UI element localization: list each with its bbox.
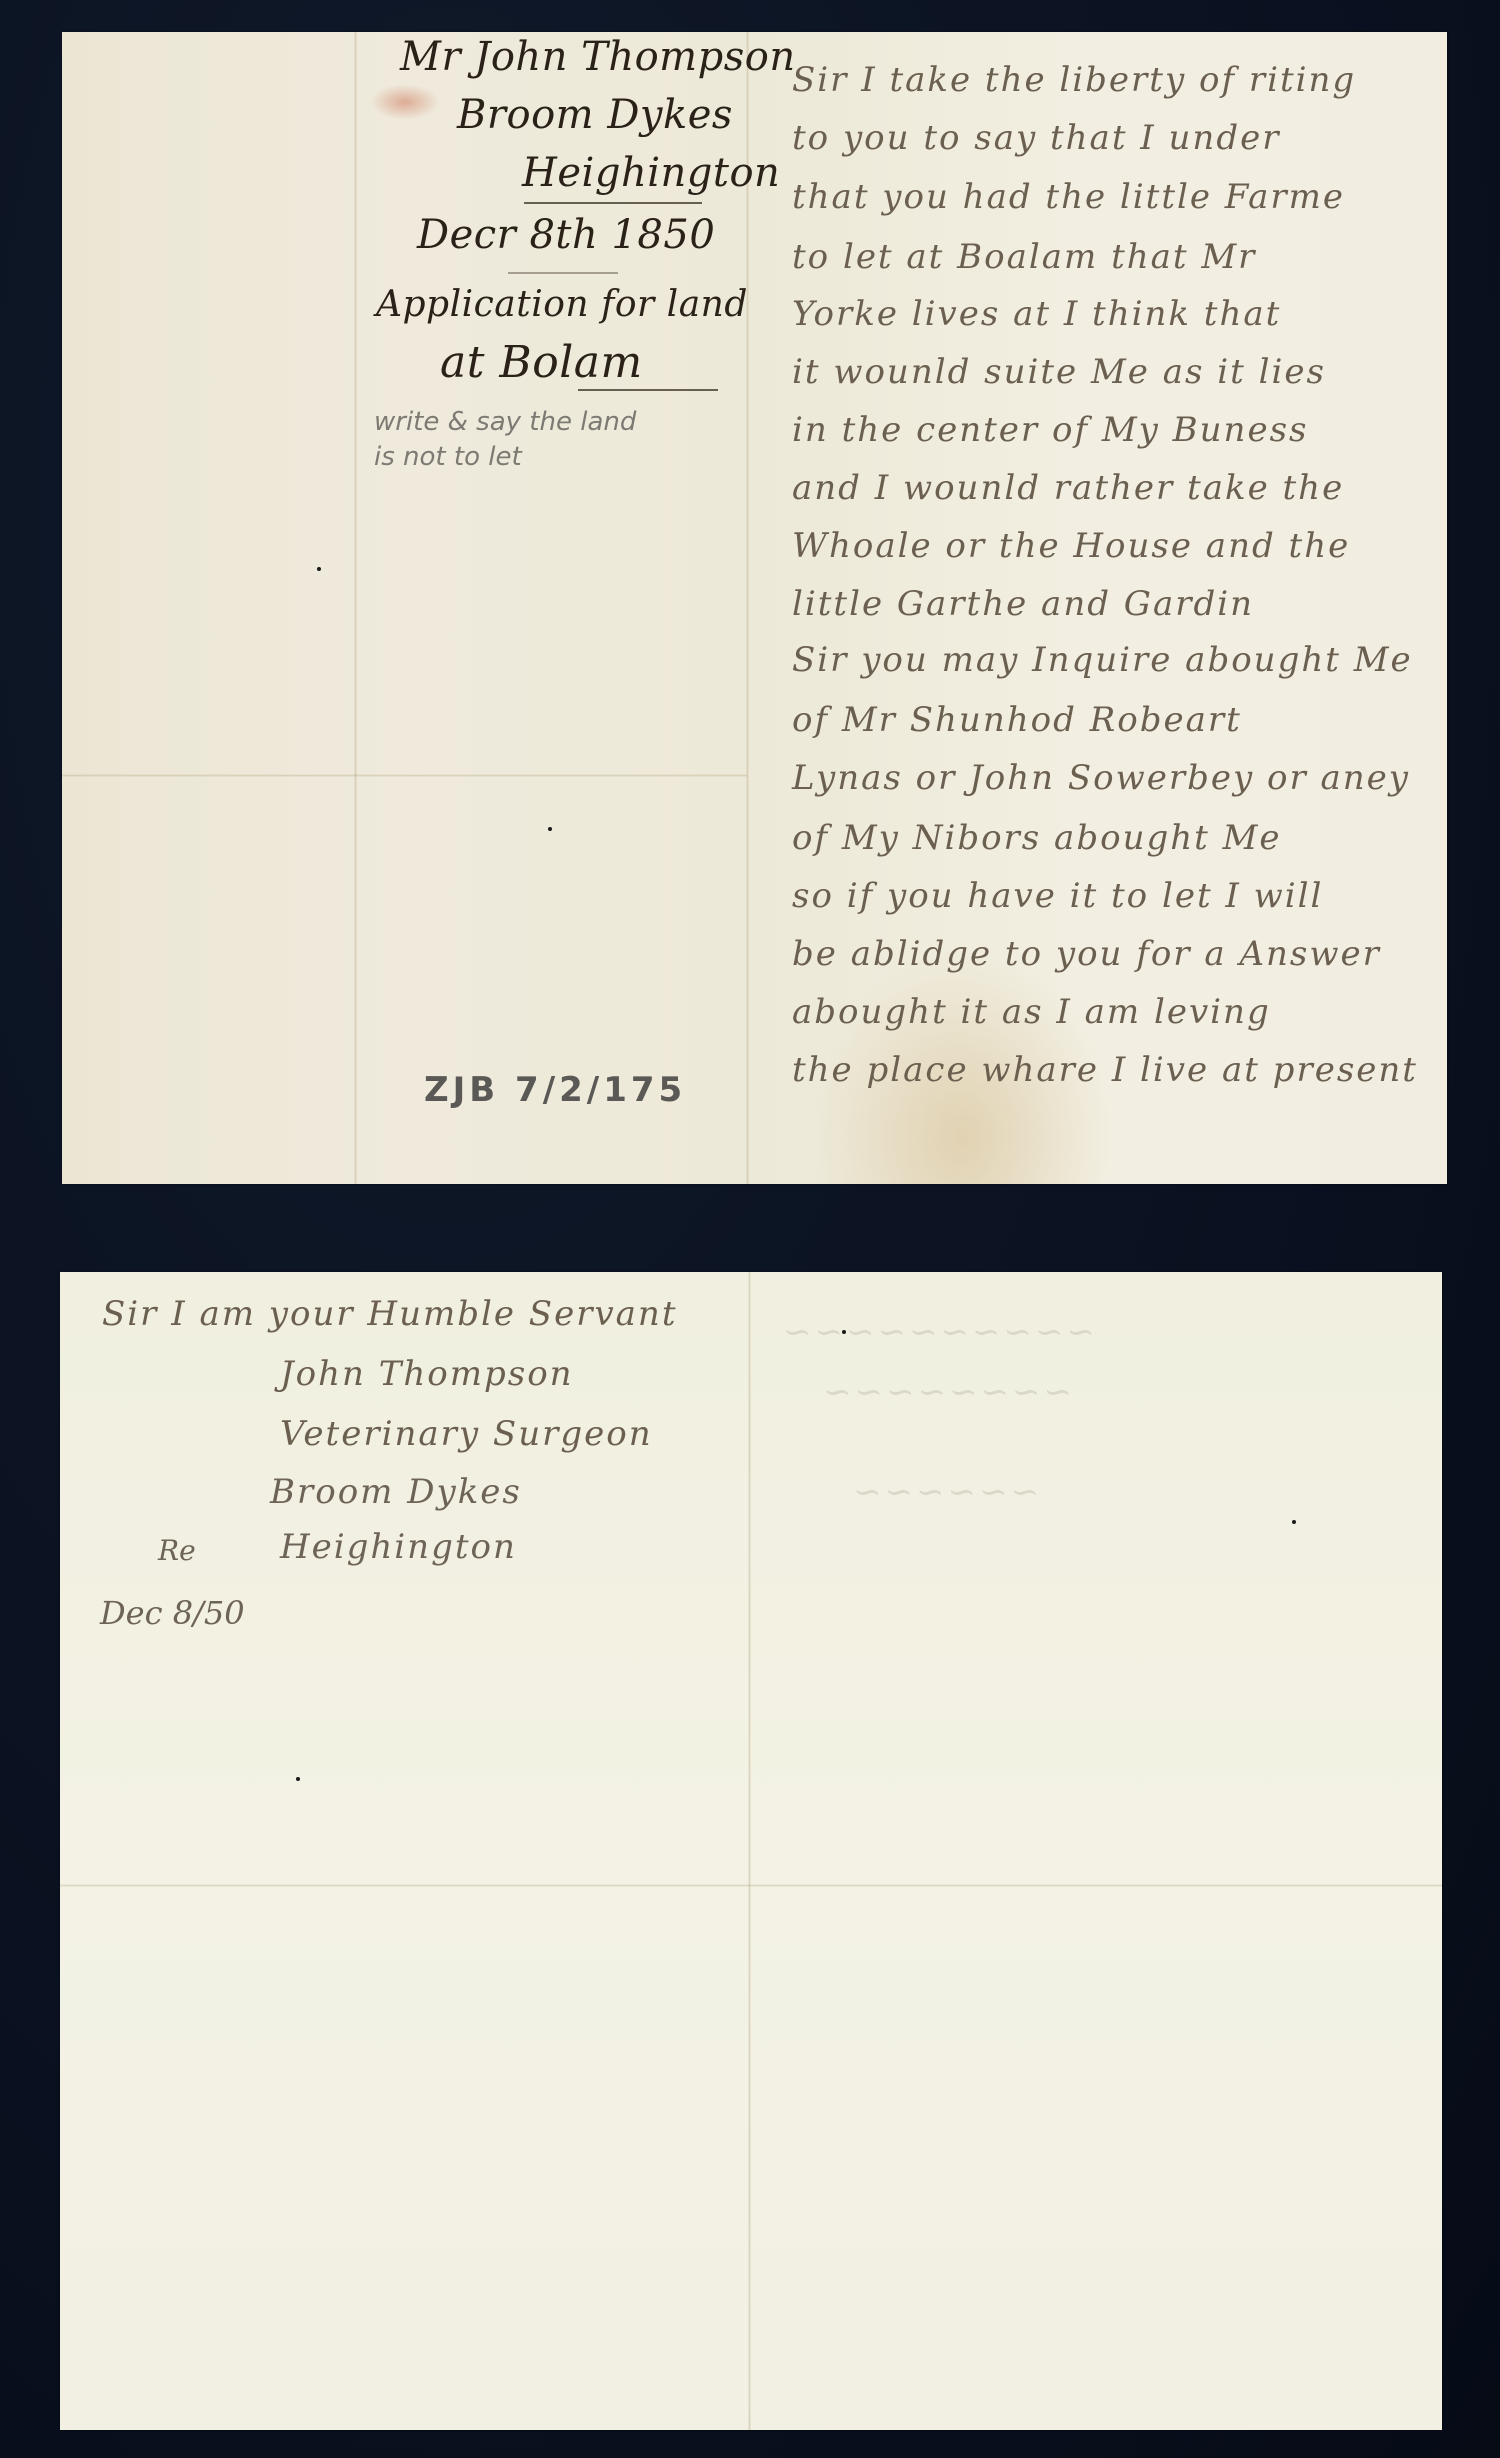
paper-speck	[842, 1330, 846, 1334]
wax-seal-stain	[370, 84, 440, 120]
docket-rule-2	[508, 272, 618, 274]
pencil-note-line-1: write & say the land	[374, 407, 636, 437]
letter-line: so if you have it to let I will	[792, 876, 1323, 916]
docket-subject: Application for land	[376, 284, 748, 325]
letter-line: Sir you may Inquire abought Me	[792, 640, 1413, 680]
bleed-through-text: ~~~~~~~~	[820, 1372, 1072, 1412]
letter-line: and I wounld rather take the	[792, 468, 1344, 508]
letter-line: Whoale or the House and the	[792, 526, 1350, 566]
letter-line: it wounld suite Me as it lies	[792, 352, 1326, 392]
bleed-through-text: ~~~~~~	[850, 1472, 1039, 1512]
letter-line: to let at Boalam that Mr	[792, 237, 1256, 277]
docket-town: Heighington	[522, 150, 780, 196]
fold-line-vertical	[748, 1272, 751, 2430]
fold-line-vertical-center	[746, 32, 749, 1184]
paper-speck	[317, 567, 321, 571]
archive-reference-mark: ZJB 7/2/175	[424, 1070, 686, 1110]
closing-salutation: Sir I am your Humble Servant	[102, 1294, 677, 1334]
docket-rule-3	[578, 389, 718, 391]
pencil-note-line-2: is not to let	[374, 442, 522, 472]
letter-line: to you to say that I under	[792, 118, 1280, 158]
date-note: Dec 8/50	[100, 1594, 245, 1632]
letter-line: be ablidge to you for a Answer	[792, 934, 1381, 974]
paper-speck	[548, 827, 552, 831]
signature-place: Broom Dykes	[270, 1472, 522, 1512]
letter-page-2: ~~~~~~~~~~ ~~~~~~~~ ~~~~~~ Sir I am your…	[60, 1272, 1442, 2430]
letter-line: Lynas or John Sowerbey or aney	[792, 758, 1410, 798]
letter-line: of My Nibors abought Me	[792, 818, 1282, 858]
letter-line: of Mr Shunhod Robeart	[792, 700, 1242, 740]
signature-occupation: Veterinary Surgeon	[280, 1414, 653, 1454]
fold-line-horizontal	[62, 774, 747, 777]
docket-rule-1	[524, 202, 702, 204]
signature-town: Heighington	[280, 1527, 517, 1567]
letter-line: abought it as I am leving	[792, 992, 1271, 1032]
fold-line-vertical-left	[354, 32, 357, 1184]
letter-line: that you had the little Farme	[792, 177, 1345, 217]
letter-line: in the center of My Buness	[792, 410, 1308, 450]
letter-line: little Garthe and Gardin	[792, 584, 1254, 624]
margin-mark: Re	[158, 1534, 196, 1567]
docket-location: at Bolam	[440, 337, 643, 388]
paper-speck	[296, 1777, 300, 1781]
letter-line: the place whare I live at present	[792, 1050, 1418, 1090]
paper-speck	[1292, 1520, 1296, 1524]
fold-line-horizontal	[60, 1884, 1442, 1887]
letter-page-1: Mr John Thompson Broom Dykes Heighington…	[62, 32, 1447, 1184]
docket-place: Broom Dykes	[457, 92, 733, 138]
bleed-through-text: ~~~~~~~~~~	[780, 1312, 1095, 1352]
docket-date: Decr 8th 1850	[417, 212, 715, 258]
letter-line: Yorke lives at I think that	[792, 294, 1281, 334]
letter-line: Sir I take the liberty of riting	[792, 60, 1356, 100]
docket-name: Mr John Thompson	[400, 34, 796, 80]
signature-name: John Thompson	[280, 1354, 574, 1394]
